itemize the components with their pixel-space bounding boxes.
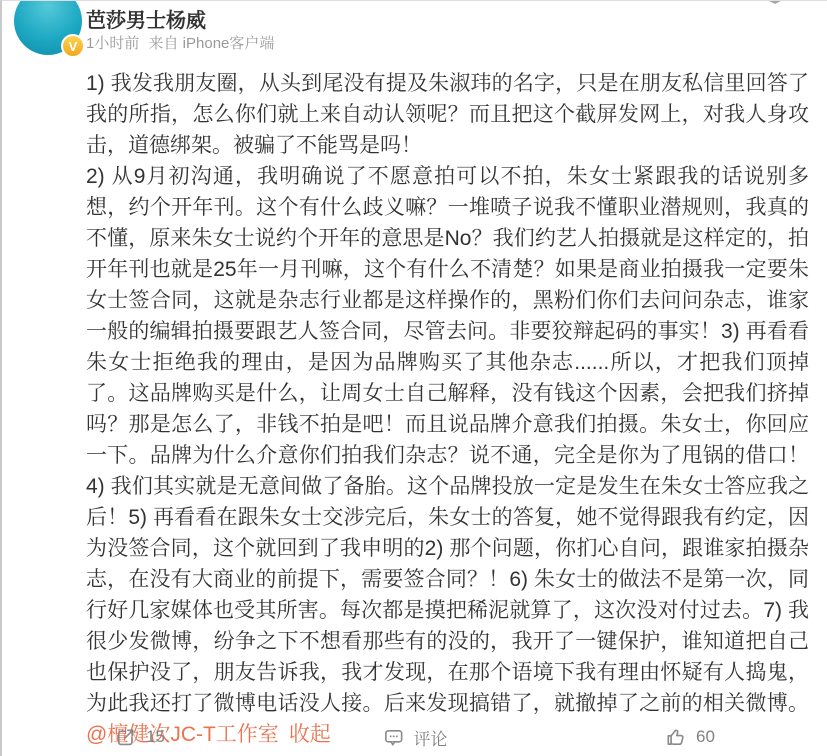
repost-icon	[114, 726, 137, 749]
thumbs-up-icon	[664, 726, 687, 749]
like-count: 60	[696, 727, 715, 747]
timestamp-link[interactable]: 1小时前	[86, 35, 139, 52]
chevron-down-icon[interactable]	[769, 1, 781, 4]
post-paragraph-1: 1) 我发我朋友圈，从头到尾没有提及朱淑玮的名字，只是在朋友私信里回答了我的所指…	[86, 68, 809, 161]
source-link[interactable]: 来自 iPhone客户端	[149, 35, 275, 52]
author-name[interactable]: 芭莎男士杨威	[86, 4, 206, 33]
comment-button[interactable]: 评论	[277, 723, 552, 751]
post-paragraph-2: 2) 从9月初沟通，我明确说了不愿意拍可以不拍，朱女士紧跟我的话说别多想，约个开…	[86, 161, 809, 750]
action-bar: 15 评论 60	[2, 723, 827, 751]
avatar[interactable]: V	[14, 0, 82, 55]
comment-icon	[382, 726, 405, 749]
verified-badge-icon: V	[61, 34, 85, 58]
comment-label: 评论	[414, 725, 448, 750]
repost-count: 15	[146, 727, 165, 747]
post-paragraph-2-text: 2) 从9月初沟通，我明确说了不愿意拍可以不拍，朱女士紧跟我的话说别多想，约个开…	[86, 165, 809, 715]
post-content: 1) 我发我朋友圈，从头到尾没有提及朱淑玮的名字，只是在朋友私信里回答了我的所指…	[86, 68, 809, 750]
repost-button[interactable]: 15	[2, 723, 277, 751]
verified-badge-letter: V	[69, 39, 78, 54]
like-button[interactable]: 60	[552, 723, 827, 751]
post-meta: 1小时前 来自 iPhone客户端	[86, 32, 274, 53]
weibo-post-card: V 芭莎男士杨威 1小时前 来自 iPhone客户端 1) 我发我朋友圈，从头到…	[0, 0, 827, 756]
